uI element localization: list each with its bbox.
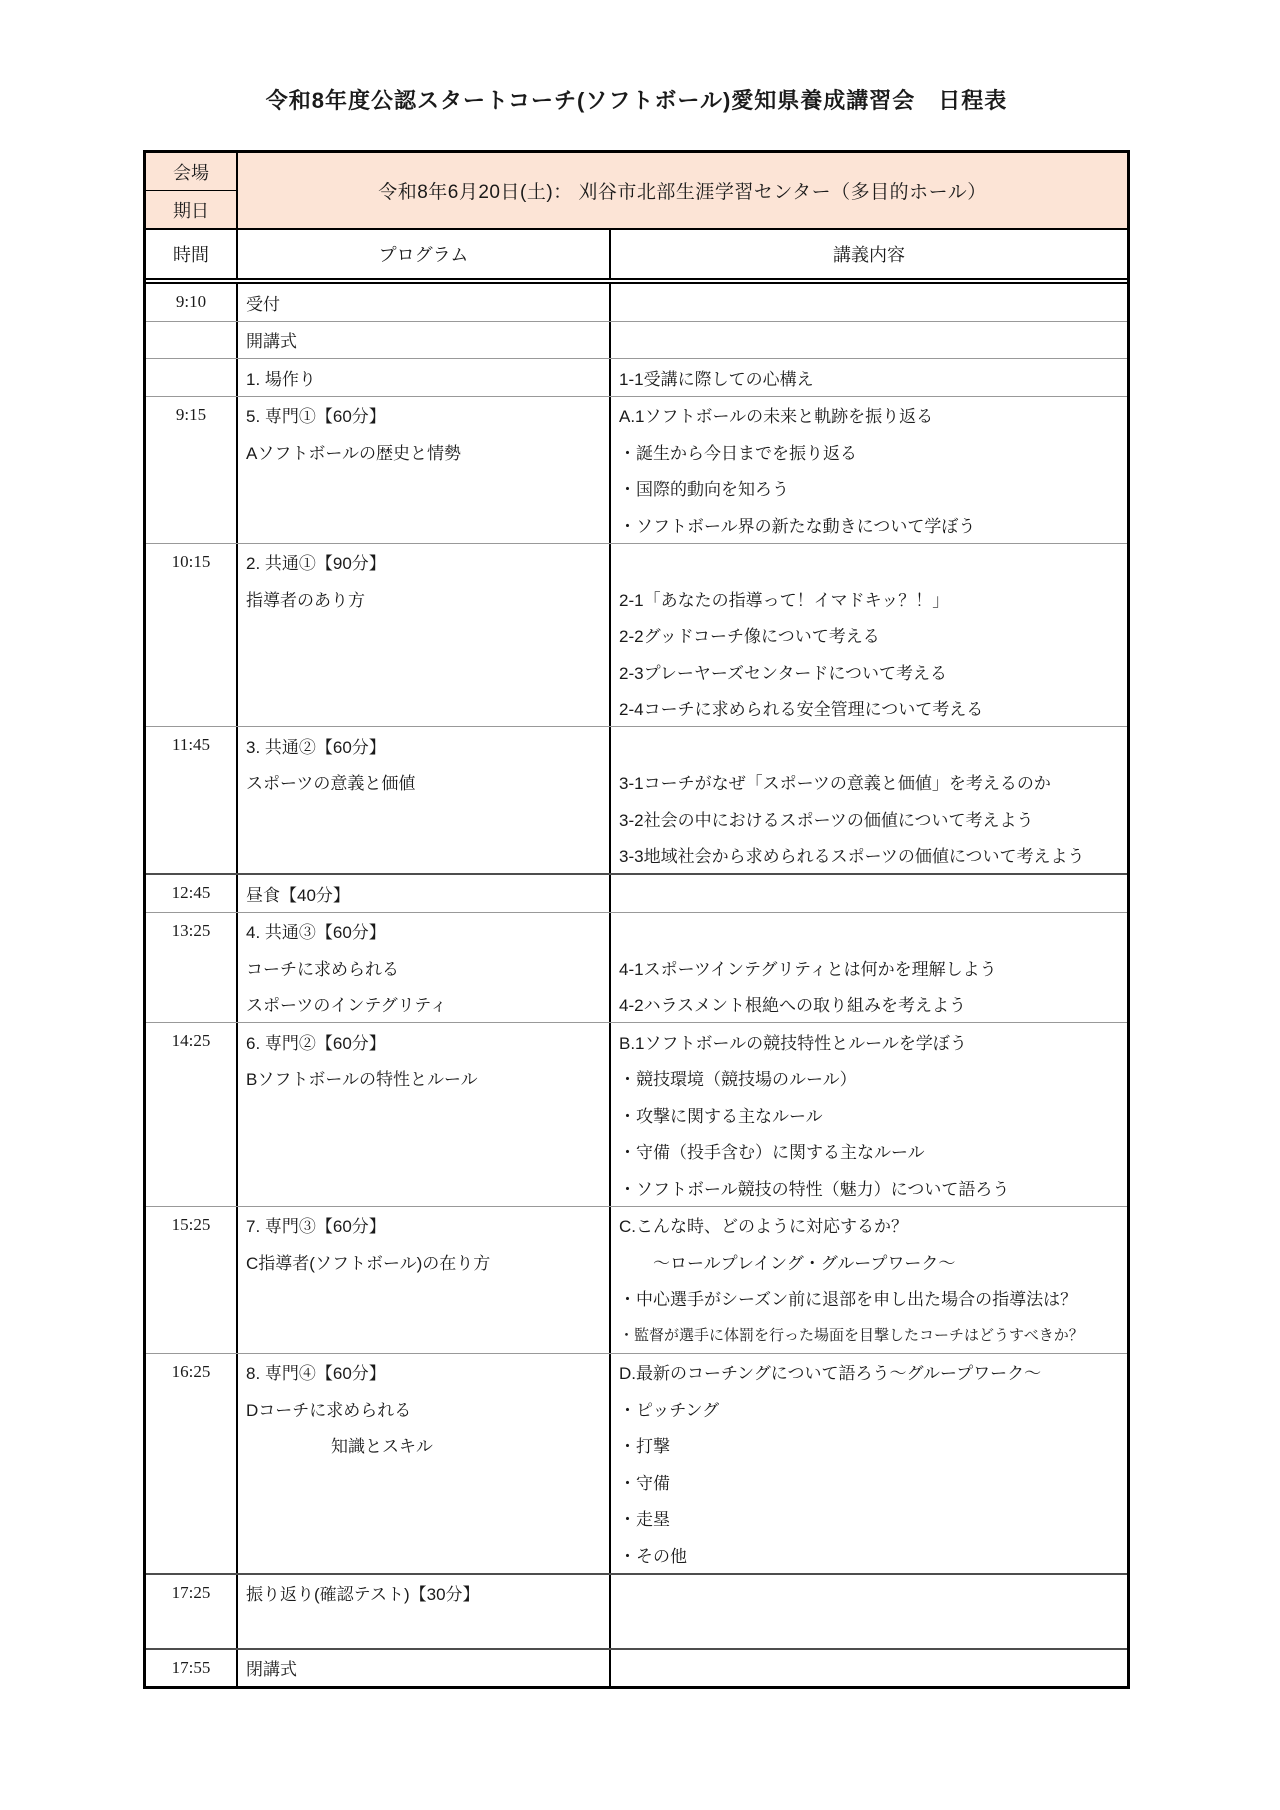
program-line xyxy=(246,617,609,654)
time-value: 17:25 xyxy=(146,1575,236,1612)
table-row: 16:258. 専門④【60分】Dコーチに求められる 知識とスキルD.最新のコー… xyxy=(146,1353,1127,1573)
program-line: 8. 専門④【60分】 xyxy=(246,1354,609,1391)
program-cell: 開講式 xyxy=(238,322,611,359)
content-line: 2-1「あなたの指導って！イマドキッ？！」 xyxy=(619,580,1127,617)
table-row: 11:453. 共通②【60分】スポーツの意義と価値3-1コーチがなぜ「スポーツ… xyxy=(146,726,1127,873)
content-line: ・監督が選手に体罰を行った場面を目撃したコーチはどうすべきか？ xyxy=(619,1316,1127,1353)
content-line: 2-4コーチに求められる安全管理について考える xyxy=(619,690,1127,727)
table-body: 9:10受付開講式1. 場作り1-1受講に際しての心構え9:155. 専門①【6… xyxy=(146,284,1127,1686)
time-cell: 10:15 xyxy=(146,544,238,727)
program-cell: 受付 xyxy=(238,284,611,321)
table-row: 17:25振り返り(確認テスト)【30分】 xyxy=(146,1573,1127,1648)
program-line xyxy=(246,1536,609,1573)
program-line: C指導者(ソフトボール)の在り方 xyxy=(246,1243,609,1280)
time-value: 17:55 xyxy=(146,1650,236,1687)
content-cell xyxy=(611,284,1127,321)
program-cell: 3. 共通②【60分】スポーツの意義と価値 xyxy=(238,727,611,873)
time-cell: 17:55 xyxy=(146,1650,238,1687)
content-line: ・競技環境（競技場のルール） xyxy=(619,1060,1127,1097)
table-row: 10:152. 共通①【90分】指導者のあり方2-1「あなたの指導って！イマドキ… xyxy=(146,543,1127,727)
content-line: D.最新のコーチングについて語ろう～グループワーク～ xyxy=(619,1354,1127,1391)
content-line: 4-1スポーツインテグリティとは何かを理解しよう xyxy=(619,949,1127,986)
time-cell: 9:10 xyxy=(146,284,238,321)
program-line: 2. 共通①【90分】 xyxy=(246,544,609,581)
page-title: 令和8年度公認スタートコーチ(ソフトボール)愛知県養成講習会 日程表 xyxy=(143,84,1130,115)
time-cell: 17:25 xyxy=(146,1575,238,1648)
program-line xyxy=(246,1280,609,1317)
program-line: Aソフトボールの歴史と情勢 xyxy=(246,433,609,470)
content-line: ・守備 xyxy=(619,1463,1127,1500)
time-value xyxy=(146,322,236,359)
content-line xyxy=(619,544,1127,581)
program-cell: 2. 共通①【90分】指導者のあり方 xyxy=(238,544,611,727)
program-line: 4. 共通③【60分】 xyxy=(246,913,609,950)
table-row: 17:55閉講式 xyxy=(146,1648,1127,1687)
table-row: 14:256. 専門②【60分】Bソフトボールの特性とルールB.1ソフトボールの… xyxy=(146,1022,1127,1206)
program-cell: 7. 専門③【60分】C指導者(ソフトボール)の在り方 xyxy=(238,1207,611,1353)
content-cell: A.1ソフトボールの未来と軌跡を振り返る・誕生から今日までを振り返る・国際的動向… xyxy=(611,397,1127,543)
content-cell xyxy=(611,1650,1127,1687)
time-value: 14:25 xyxy=(146,1023,236,1060)
program-line xyxy=(246,1133,609,1170)
program-line xyxy=(246,653,609,690)
time-cell: 13:25 xyxy=(146,913,238,1023)
program-line: 開講式 xyxy=(246,322,609,359)
content-line: ・攻撃に関する主なルール xyxy=(619,1096,1127,1133)
content-cell: 4-1スポーツインテグリティとは何かを理解しよう4-2ハラスメント根絶への取り組… xyxy=(611,913,1127,1023)
content-line: 3-1コーチがなぜ「スポーツの意義と価値」を考えるのか xyxy=(619,764,1127,801)
program-line: 6. 専門②【60分】 xyxy=(246,1023,609,1060)
program-cell: 6. 専門②【60分】Bソフトボールの特性とルール xyxy=(238,1023,611,1206)
program-line: Bソフトボールの特性とルール xyxy=(246,1060,609,1097)
time-cell: 11:45 xyxy=(146,727,238,873)
content-line: ・中心選手がシーズン前に退部を申し出た場合の指導法は？ xyxy=(619,1280,1127,1317)
content-cell: D.最新のコーチングについて語ろう～グループワーク～・ピッチング・打撃・守備・走… xyxy=(611,1354,1127,1573)
program-line: コーチに求められる xyxy=(246,949,609,986)
content-line: C.こんな時、どのように対応するか？ xyxy=(619,1207,1127,1244)
content-line: 3-3地域社会から求められるスポーツの価値について考えよう xyxy=(619,837,1127,874)
time-cell: 9:15 xyxy=(146,397,238,543)
program-cell: 1. 場作り xyxy=(238,359,611,396)
program-line xyxy=(246,1316,609,1353)
table-row: 1. 場作り1-1受講に際しての心構え xyxy=(146,358,1127,396)
table-row: 13:254. 共通③【60分】コーチに求められるスポーツのインテグリティ4-1… xyxy=(146,912,1127,1023)
time-value: 9:15 xyxy=(146,397,236,434)
schedule-table: 会場 期日 令和8年6月20日(土)： 刈谷市北部生涯学習センター（多目的ホール… xyxy=(143,150,1130,1689)
content-line xyxy=(619,284,1127,321)
content-line xyxy=(619,727,1127,764)
content-line xyxy=(619,913,1127,950)
content-line xyxy=(619,1611,1127,1648)
content-line xyxy=(619,1575,1127,1612)
time-cell: 15:25 xyxy=(146,1207,238,1353)
time-value: 15:25 xyxy=(146,1207,236,1244)
table-row: 開講式 xyxy=(146,321,1127,359)
time-cell: 14:25 xyxy=(146,1023,238,1206)
column-header-row: 時間 プログラム 講義内容 xyxy=(146,230,1127,278)
content-line xyxy=(619,1650,1127,1687)
program-line xyxy=(246,690,609,727)
content-line: ・走塁 xyxy=(619,1500,1127,1537)
content-line: 2-3プレーヤーズセンタードについて考える xyxy=(619,653,1127,690)
content-line: ・打撃 xyxy=(619,1427,1127,1464)
program-line: Dコーチに求められる xyxy=(246,1390,609,1427)
content-cell: 3-1コーチがなぜ「スポーツの意義と価値」を考えるのか3-2社会の中におけるスポ… xyxy=(611,727,1127,873)
content-line: ・その他 xyxy=(619,1536,1127,1573)
program-line xyxy=(246,1169,609,1206)
time-cell xyxy=(146,359,238,396)
venue-header-row: 会場 期日 令和8年6月20日(土)： 刈谷市北部生涯学習センター（多目的ホール… xyxy=(146,153,1127,230)
program-line: 受付 xyxy=(246,284,609,321)
program-line: スポーツの意義と価値 xyxy=(246,764,609,801)
content-cell: 1-1受講に際しての心構え xyxy=(611,359,1127,396)
table-row: 12:45昼食【40分】 xyxy=(146,873,1127,912)
venue-label: 会場 xyxy=(146,153,236,190)
program-line: 指導者のあり方 xyxy=(246,580,609,617)
program-line xyxy=(246,800,609,837)
content-line: ・国際的動向を知ろう xyxy=(619,470,1127,507)
time-value: 16:25 xyxy=(146,1354,236,1391)
content-line: 3-2社会の中におけるスポーツの価値について考えよう xyxy=(619,800,1127,837)
program-line: 昼食【40分】 xyxy=(246,875,609,912)
program-line xyxy=(246,837,609,874)
program-line: 知識とスキル xyxy=(246,1427,609,1464)
program-line: 7. 専門③【60分】 xyxy=(246,1207,609,1244)
time-cell xyxy=(146,322,238,359)
content-line xyxy=(619,322,1127,359)
content-line: ・ソフトボール界の新たな動きについて学ぼう xyxy=(619,506,1127,543)
column-header-time: 時間 xyxy=(146,230,238,278)
content-line: ・ソフトボール競技の特性（魅力）について語ろう xyxy=(619,1169,1127,1206)
content-line: ・守備（投手含む）に関する主なルール xyxy=(619,1133,1127,1170)
venue-value: 令和8年6月20日(土)： 刈谷市北部生涯学習センター（多目的ホール） xyxy=(238,153,1127,228)
program-cell: 5. 専門①【60分】Aソフトボールの歴史と情勢 xyxy=(238,397,611,543)
content-cell xyxy=(611,875,1127,912)
content-line: 4-2ハラスメント根絶への取り組みを考えよう xyxy=(619,986,1127,1023)
program-cell: 8. 専門④【60分】Dコーチに求められる 知識とスキル xyxy=(238,1354,611,1573)
content-line: A.1ソフトボールの未来と軌跡を振り返る xyxy=(619,397,1127,434)
table-row: 15:257. 専門③【60分】C指導者(ソフトボール)の在り方C.こんな時、ど… xyxy=(146,1206,1127,1353)
content-line: ・誕生から今日までを振り返る xyxy=(619,433,1127,470)
time-value: 11:45 xyxy=(146,727,236,764)
column-header-program: プログラム xyxy=(238,230,611,278)
content-line: 2-2グッドコーチ像について考える xyxy=(619,617,1127,654)
time-value: 10:15 xyxy=(146,544,236,581)
program-line xyxy=(246,1500,609,1537)
program-line xyxy=(246,470,609,507)
time-value: 12:45 xyxy=(146,875,236,912)
program-cell: 閉講式 xyxy=(238,1650,611,1687)
program-cell: 振り返り(確認テスト)【30分】 xyxy=(238,1575,611,1648)
date-label: 期日 xyxy=(146,190,236,228)
content-cell: 2-1「あなたの指導って！イマドキッ？！」2-2グッドコーチ像について考える2-… xyxy=(611,544,1127,727)
time-cell: 12:45 xyxy=(146,875,238,912)
program-line: 振り返り(確認テスト)【30分】 xyxy=(246,1575,609,1612)
time-cell: 16:25 xyxy=(146,1354,238,1573)
program-line xyxy=(246,1611,609,1648)
program-cell: 4. 共通③【60分】コーチに求められるスポーツのインテグリティ xyxy=(238,913,611,1023)
content-line: ～ロールプレイング・グループワーク～ xyxy=(619,1243,1127,1280)
column-header-content: 講義内容 xyxy=(611,230,1127,278)
content-cell: B.1ソフトボールの競技特性とルールを学ぼう・競技環境（競技場のルール）・攻撃に… xyxy=(611,1023,1127,1206)
program-cell: 昼食【40分】 xyxy=(238,875,611,912)
content-cell xyxy=(611,1575,1127,1648)
content-cell xyxy=(611,322,1127,359)
program-line xyxy=(246,1096,609,1133)
program-line: 閉講式 xyxy=(246,1650,609,1687)
time-value xyxy=(146,359,236,396)
content-line: ・ピッチング xyxy=(619,1390,1127,1427)
program-line: 5. 専門①【60分】 xyxy=(246,397,609,434)
program-line: スポーツのインテグリティ xyxy=(246,986,609,1023)
content-line: B.1ソフトボールの競技特性とルールを学ぼう xyxy=(619,1023,1127,1060)
content-line: 1-1受講に際しての心構え xyxy=(619,359,1127,396)
venue-date-label-cell: 会場 期日 xyxy=(146,153,238,228)
program-line xyxy=(246,1463,609,1500)
table-row: 9:10受付 xyxy=(146,284,1127,321)
time-value: 9:10 xyxy=(146,284,236,321)
program-line: 1. 場作り xyxy=(246,359,609,396)
content-line xyxy=(619,875,1127,912)
time-value: 13:25 xyxy=(146,913,236,950)
table-row: 9:155. 専門①【60分】Aソフトボールの歴史と情勢A.1ソフトボールの未来… xyxy=(146,396,1127,543)
content-cell: C.こんな時、どのように対応するか？ ～ロールプレイング・グループワーク～・中心… xyxy=(611,1207,1127,1353)
program-line: 3. 共通②【60分】 xyxy=(246,727,609,764)
program-line xyxy=(246,506,609,543)
